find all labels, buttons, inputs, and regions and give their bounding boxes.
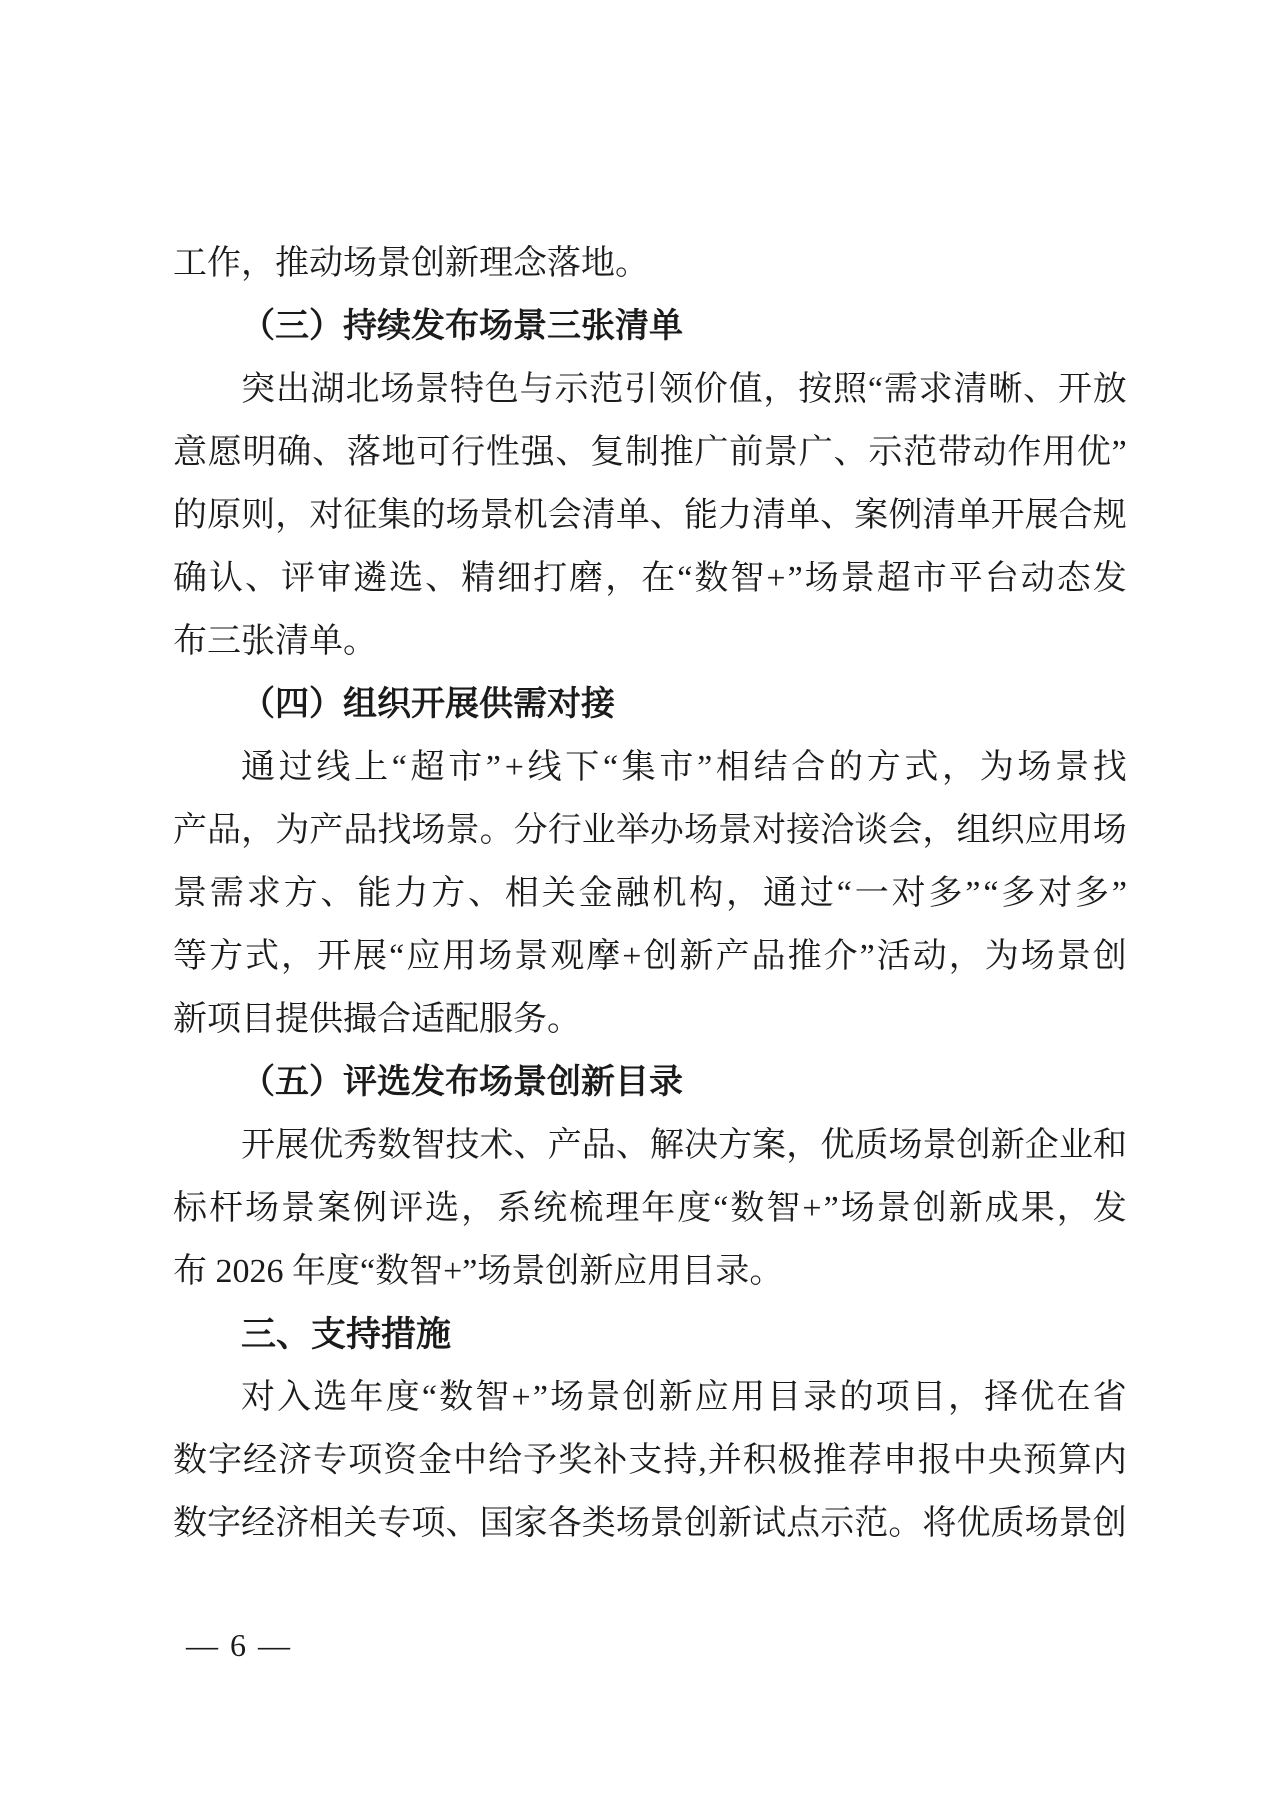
section-heading: （三）持续发布场景三张清单 — [173, 295, 1127, 358]
section-heading: （四）组织开展供需对接 — [173, 673, 1127, 736]
body-line: 新项目提供撮合适配服务。 — [173, 988, 1127, 1051]
body-line: 突出湖北场景特色与示范引领价值，按照“需求清晰、开放 — [173, 358, 1127, 421]
body-line: 等方式，开展“应用场景观摩+创新产品推介”活动，为场景创 — [173, 925, 1127, 988]
body-line: 布 2026 年度“数智+”场景创新应用目录。 — [173, 1240, 1127, 1303]
body-line: 标杆场景案例评选，系统梳理年度“数智+”场景创新成果，发 — [173, 1177, 1127, 1240]
body-line: 意愿明确、落地可行性强、复制推广前景广、示范带动作用优” — [173, 421, 1127, 484]
body-line: 数字经济相关专项、国家各类场景创新试点示范。将优质场景创 — [173, 1492, 1127, 1555]
body-line: 数字经济专项资金中给予奖补支持,并积极推荐申报中央预算内 — [173, 1429, 1127, 1492]
body-line: 开展优秀数智技术、产品、解决方案，优质场景创新企业和 — [173, 1114, 1127, 1177]
body-line: 的原则，对征集的场景机会清单、能力清单、案例清单开展合规 — [173, 484, 1127, 547]
body-line: 工作，推动场景创新理念落地。 — [173, 232, 1127, 295]
body-line: 对入选年度“数智+”场景创新应用目录的项目，择优在省 — [173, 1366, 1127, 1429]
body-line: 产品，为产品找场景。分行业举办场景对接洽谈会，组织应用场 — [173, 799, 1127, 862]
document-page: 工作，推动场景创新理念落地。 （三）持续发布场景三张清单 突出湖北场景特色与示范… — [0, 0, 1280, 1810]
body-line: 景需求方、能力方、相关金融机构，通过“一对多”“多对多” — [173, 862, 1127, 925]
body-line: 布三张清单。 — [173, 610, 1127, 673]
page-number: — 6 — — [186, 1614, 292, 1677]
document-text-block: 工作，推动场景创新理念落地。 （三）持续发布场景三张清单 突出湖北场景特色与示范… — [173, 232, 1127, 1555]
chapter-heading: 三、支持措施 — [173, 1303, 1127, 1366]
body-line: 通过线上“超市”+线下“集市”相结合的方式，为场景找 — [173, 736, 1127, 799]
body-line: 确认、评审遴选、精细打磨，在“数智+”场景超市平台动态发 — [173, 547, 1127, 610]
section-heading: （五）评选发布场景创新目录 — [173, 1051, 1127, 1114]
